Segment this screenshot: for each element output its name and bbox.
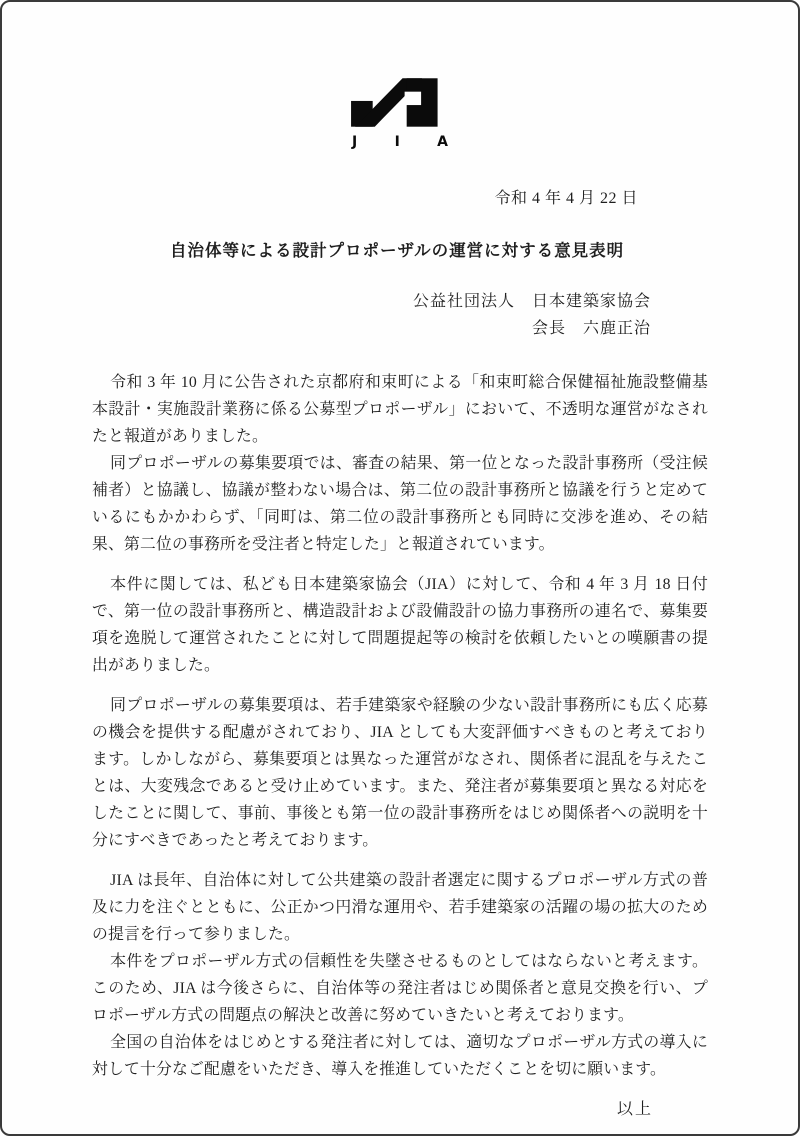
paragraph-block: 本件に関しては、私ども日本建築家協会（JIA）に対して、令和 4 年 3 月 1…: [92, 571, 708, 679]
logo-letter-a: A: [437, 135, 448, 149]
paragraph-block: JIA は長年、自治体に対して公共建築の設計者選定に関するプロポーザル方式の普及…: [92, 867, 708, 1083]
logo-letter-j: J: [352, 135, 357, 149]
issuer-organization: 公益社団法人 日本建築家協会: [2, 288, 651, 315]
jia-logo-icon: [349, 74, 452, 132]
paragraph-block: 同プロポーザルの募集要項は、若手建築家や経験の少ない設計事務所にも広く応募の機会…: [92, 692, 708, 854]
document-date: 令和 4 年 4 月 22 日: [2, 185, 638, 208]
issuer-president: 会長 六鹿正治: [2, 315, 651, 342]
closing-word: 以上: [2, 1096, 653, 1119]
paragraph: 全国の自治体をはじめとする発注者に対しては、適切なプロポーザル方式の導入に対して…: [92, 1029, 708, 1083]
issuer-block: 公益社団法人 日本建築家協会 会長 六鹿正治: [2, 288, 651, 342]
paragraph: 本件に関しては、私ども日本建築家協会（JIA）に対して、令和 4 年 3 月 1…: [92, 571, 708, 679]
paragraph: JIA は長年、自治体に対して公共建築の設計者選定に関するプロポーザル方式の普及…: [92, 867, 708, 948]
jia-logo-letters: J I A: [352, 135, 448, 149]
document-page: J I A 令和 4 年 4 月 22 日 自治体等による設計プロポーザルの運営…: [0, 0, 800, 1136]
document-title: 自治体等による設計プロポーザルの運営に対する意見表明: [170, 237, 798, 261]
logo-letter-i: I: [395, 135, 400, 149]
paragraph: 令和 3 年 10 月に公告された京都府和束町による「和束町総合保健福祉施設整備…: [92, 369, 708, 450]
paragraph: 同プロポーザルの募集要項は、若手建築家や経験の少ない設計事務所にも広く応募の機会…: [92, 692, 708, 854]
paragraph: 本件をプロポーザル方式の信頼性を失墜させるものとしてはならないと考えます。このた…: [92, 948, 708, 1029]
paragraph: 同プロポーザルの募集要項では、審査の結果、第一位となった設計事務所（受注候補者）…: [92, 450, 708, 558]
document-body: 令和 3 年 10 月に公告された京都府和束町による「和束町総合保健福祉施設整備…: [92, 369, 708, 1083]
paragraph-block: 令和 3 年 10 月に公告された京都府和束町による「和束町総合保健福祉施設整備…: [92, 369, 708, 558]
jia-logo: J I A: [347, 74, 453, 149]
